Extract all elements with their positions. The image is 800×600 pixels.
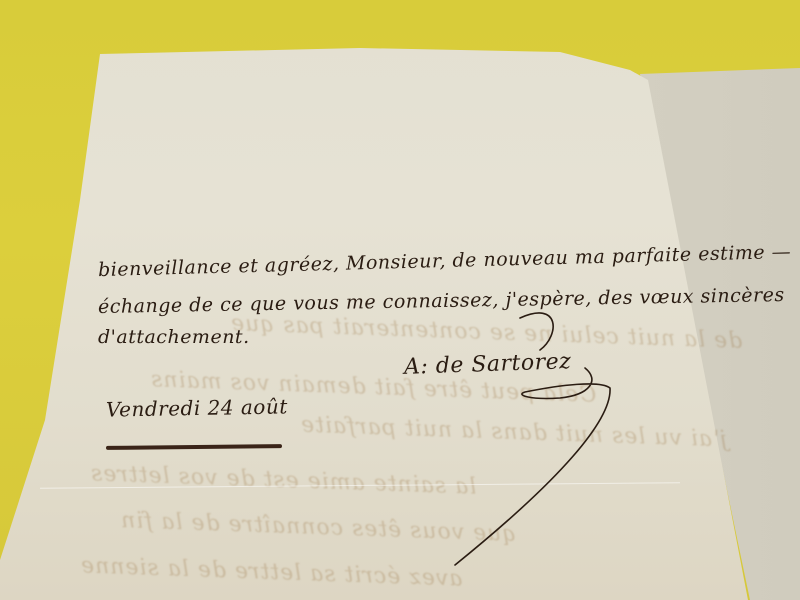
photo-scene: de la nuit celui ne se contenterait pas … bbox=[0, 0, 800, 600]
signature-flourish bbox=[0, 0, 800, 600]
